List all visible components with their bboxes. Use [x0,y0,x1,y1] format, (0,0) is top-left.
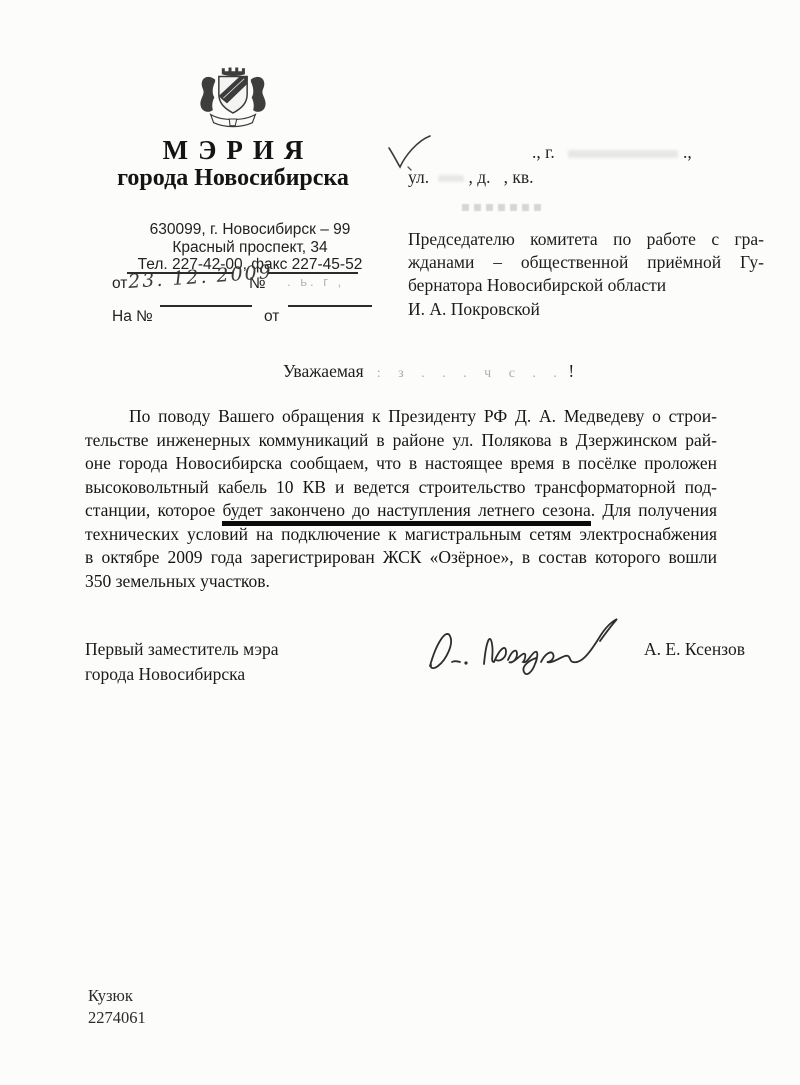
org-address-line: Красный проспект, 34 [100,239,400,257]
number-label: № [249,275,266,293]
reply-from-label: от [264,308,279,326]
reply-number-field-line [160,305,252,307]
body-text: технических условий на подключение к маг… [85,524,717,544]
reply-number-label: На № [112,308,153,326]
scanned-letter-page: МЭРИЯ города Новосибирска 630099, г. Нов… [0,0,800,1085]
body-line: станции, которое будет закончено до наст… [85,499,717,523]
recipient-name: И. А. Покровской [408,298,764,321]
salutation: Уважаемая : з . . . ч с . . ! [283,361,574,382]
street-house-apt-labels: ул. , д. , кв. [408,167,534,188]
salutation-prefix: Уважаемая [283,361,364,381]
body-text: 350 земельных участков. [85,571,270,591]
executor-block: Кузюк 2274061 [88,985,146,1029]
recipient-block: Председателю комитета по работе с гра- ж… [408,228,764,321]
body-line: в октябре 2009 года зарегистрирован ЖСК … [85,546,717,570]
signer-name: А. Е. Ксензов [644,639,745,660]
date-field-line [127,272,233,274]
city-label: ., г. [532,142,555,163]
from-label: от [112,275,127,293]
body-line: тельстве инженерных коммуникаций в район… [85,429,717,453]
body-text: высоковольтный кабель 10 КВ и ведется ст… [85,477,717,497]
novosibirsk-coat-of-arms-icon [192,60,274,134]
reply-date-field-line [288,305,372,307]
org-name-sub: города Новосибирска [85,164,381,192]
number-field-line [268,272,358,274]
redacted-name-marks: : з . . . ч с . . [377,366,564,381]
recipient-line: Председателю комитета по работе с гра- [408,228,764,251]
body-line: оне города Новосибирска сообщаем, что в … [85,452,717,476]
redacted-line-smudge [462,204,542,211]
signer-title-line: города Новосибирска [85,662,278,687]
body-paragraph: По поводу Вашего обращения к Президенту … [85,405,717,593]
body-line: 350 земельных участков. [85,570,717,594]
org-address-line: 630099, г. Новосибирск – 99 [100,221,400,239]
signer-title: Первый заместитель мэра города Новосибир… [85,637,278,686]
body-text: По поводу Вашего обращения к Президенту … [129,406,717,426]
body-text: . Для получения [591,500,717,520]
body-text: станции, которое [85,500,222,520]
body-text: тельстве инженерных коммуникаций в район… [85,430,717,450]
recipient-line: бернатора Новосибирской области [408,274,764,297]
redacted-city-smudge [568,150,678,158]
body-line: высоковольтный кабель 10 КВ и ведется ст… [85,476,717,500]
salutation-suffix: ! [568,361,574,381]
executor-phone: 2274061 [88,1007,146,1029]
org-name-main: МЭРИЯ [85,136,381,164]
org-header: МЭРИЯ города Новосибирска [85,60,381,192]
body-line: технических условий на подключение к маг… [85,523,717,547]
body-text: в октябре 2009 года зарегистрирован ЖСК … [85,547,717,567]
redacted-street-smudge [438,175,464,182]
body-line: По поводу Вашего обращения к Президенту … [85,405,717,429]
address-line1-tail: ., [683,142,692,163]
body-text: оне города Новосибирска сообщаем, что в … [85,453,717,473]
recipient-line: жданами – общественной приёмной Гу- [408,251,764,274]
signer-title-line: Первый заместитель мэра [85,637,278,662]
handwritten-signature-icon [420,610,625,685]
executor-name: Кузюк [88,985,146,1007]
number-faint-marks: . ь. г , [287,274,344,289]
